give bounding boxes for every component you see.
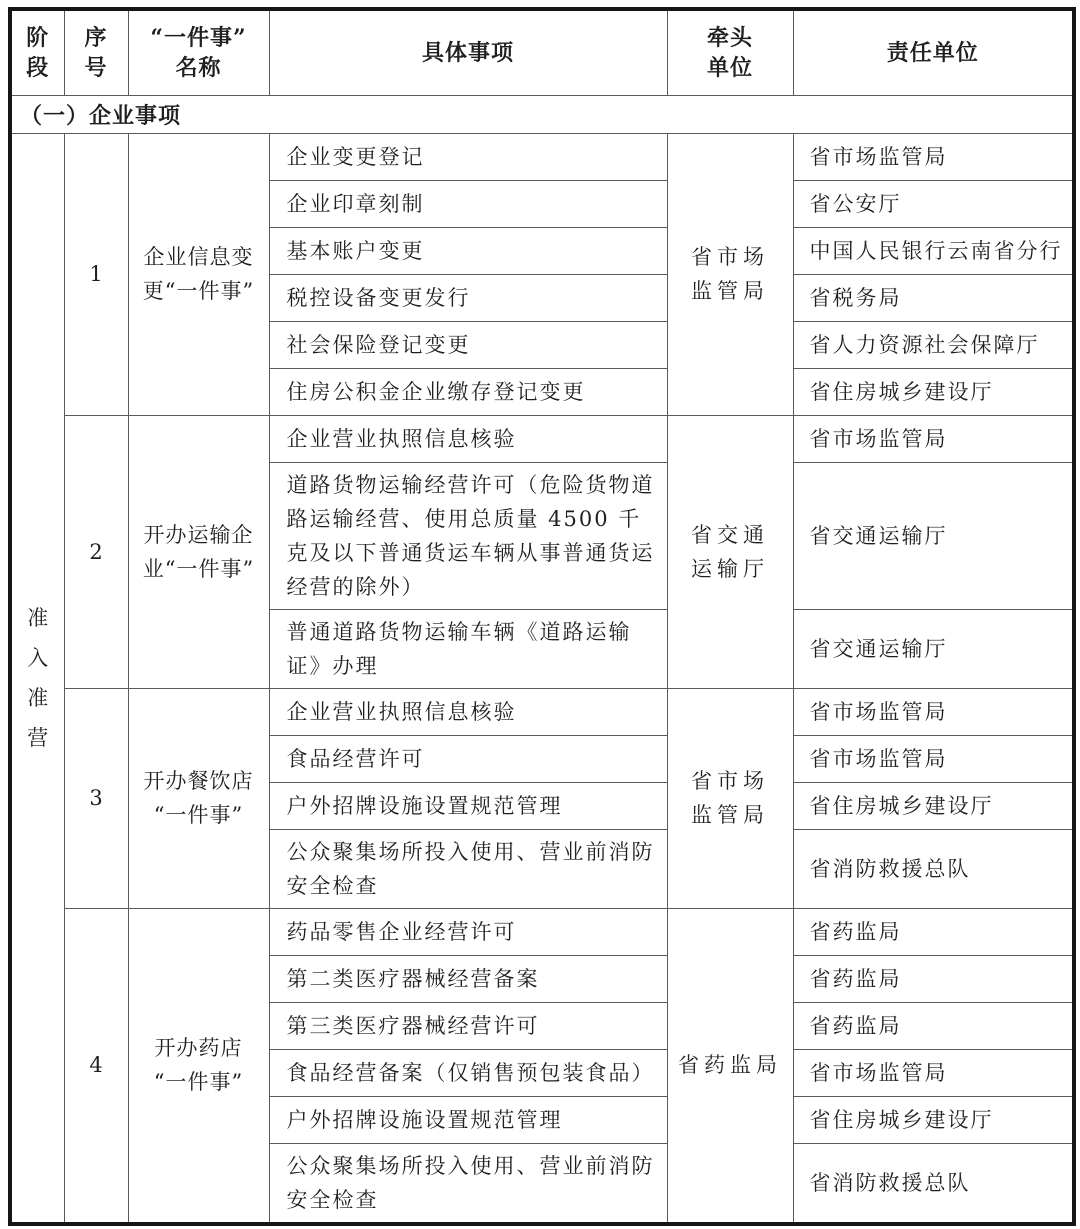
- responsible-unit-cell: 省交通运输厅: [793, 609, 1074, 688]
- responsible-unit-cell: 中国人民银行云南省分行: [793, 227, 1074, 274]
- one-thing-name-cell: 开办运输企 业“一件事”: [128, 415, 269, 688]
- document-sheet: 阶 段 序 号 “一件事” 名称 具体事项 牵头 单位 责任单位 （一）企业事项…: [0, 0, 1080, 1229]
- item-cell: 基本账户变更: [269, 227, 667, 274]
- table-row: 2开办运输企 业“一件事”企业营业执照信息核验省交通 运输厅省市场监管局: [10, 415, 1074, 462]
- responsible-unit-cell: 省市场监管局: [793, 735, 1074, 782]
- serial-cell: 1: [64, 133, 128, 415]
- item-cell: 户外招牌设施设置规范管理: [269, 1096, 667, 1143]
- responsible-unit-cell: 省市场监管局: [793, 133, 1074, 180]
- header-cell-item: 具体事项: [269, 9, 667, 95]
- lead-unit-cell: 省市场 监管局: [667, 688, 793, 908]
- responsible-unit-cell: 省市场监管局: [793, 1049, 1074, 1096]
- item-cell: 公众聚集场所投入使用、营业前消防安全检查: [269, 829, 667, 908]
- item-cell: 普通道路货物运输车辆《道路运输证》办理: [269, 609, 667, 688]
- item-cell: 企业营业执照信息核验: [269, 688, 667, 735]
- serial-cell: 3: [64, 688, 128, 908]
- table-row: 3开办餐饮店 “一件事”企业营业执照信息核验省市场 监管局省市场监管局: [10, 688, 1074, 735]
- responsible-unit-cell: 省公安厅: [793, 180, 1074, 227]
- responsible-unit-cell: 省市场监管局: [793, 415, 1074, 462]
- item-cell: 食品经营备案（仅销售预包装食品）: [269, 1049, 667, 1096]
- header-cell-serial: 序 号: [64, 9, 128, 95]
- responsible-unit-cell: 省药监局: [793, 908, 1074, 955]
- serial-cell: 4: [64, 908, 128, 1224]
- item-cell: 公众聚集场所投入使用、营业前消防安全检查: [269, 1143, 667, 1224]
- responsible-unit-cell: 省药监局: [793, 1002, 1074, 1049]
- serial-cell: 2: [64, 415, 128, 688]
- responsible-unit-cell: 省住房城乡建设厅: [793, 368, 1074, 415]
- section-label: （一）企业事项: [10, 95, 1074, 133]
- responsible-unit-cell: 省市场监管局: [793, 688, 1074, 735]
- item-cell: 第三类医疗器械经营许可: [269, 1002, 667, 1049]
- item-cell: 户外招牌设施设置规范管理: [269, 782, 667, 829]
- one-thing-matters-table: 阶 段 序 号 “一件事” 名称 具体事项 牵头 单位 责任单位 （一）企业事项…: [8, 7, 1076, 1226]
- header-row: 阶 段 序 号 “一件事” 名称 具体事项 牵头 单位 责任单位: [10, 9, 1074, 95]
- table-row: 准 入 准 营1企业信息变 更“一件事”企业变更登记省市场 监管局省市场监管局: [10, 133, 1074, 180]
- item-cell: 社会保险登记变更: [269, 321, 667, 368]
- item-cell: 企业营业执照信息核验: [269, 415, 667, 462]
- item-cell: 企业变更登记: [269, 133, 667, 180]
- lead-unit-cell: 省市场 监管局: [667, 133, 793, 415]
- item-cell: 税控设备变更发行: [269, 274, 667, 321]
- lead-unit-cell: 省药监局: [667, 908, 793, 1224]
- item-cell: 道路货物运输经营许可（危险货物道路运输经营、使用总质量 4500 千克及以下普通…: [269, 462, 667, 609]
- header-cell-responsible-unit: 责任单位: [793, 9, 1074, 95]
- item-cell: 住房公积金企业缴存登记变更: [269, 368, 667, 415]
- header-cell-name: “一件事” 名称: [128, 9, 269, 95]
- table-row: 4开办药店 “一件事”药品零售企业经营许可省药监局省药监局: [10, 908, 1074, 955]
- responsible-unit-cell: 省人力资源社会保障厅: [793, 321, 1074, 368]
- responsible-unit-cell: 省消防救援总队: [793, 1143, 1074, 1224]
- one-thing-name-cell: 开办餐饮店 “一件事”: [128, 688, 269, 908]
- item-cell: 食品经营许可: [269, 735, 667, 782]
- lead-unit-cell: 省交通 运输厅: [667, 415, 793, 688]
- responsible-unit-cell: 省住房城乡建设厅: [793, 1096, 1074, 1143]
- item-cell: 企业印章刻制: [269, 180, 667, 227]
- responsible-unit-cell: 省税务局: [793, 274, 1074, 321]
- responsible-unit-cell: 省药监局: [793, 955, 1074, 1002]
- responsible-unit-cell: 省交通运输厅: [793, 462, 1074, 609]
- section-row: （一）企业事项: [10, 95, 1074, 133]
- one-thing-name-cell: 开办药店 “一件事”: [128, 908, 269, 1224]
- table-body: （一）企业事项 准 入 准 营1企业信息变 更“一件事”企业变更登记省市场 监管…: [10, 95, 1074, 1224]
- header-cell-stage: 阶 段: [10, 9, 64, 95]
- item-cell: 药品零售企业经营许可: [269, 908, 667, 955]
- stage-cell: 准 入 准 营: [10, 133, 64, 1224]
- header-cell-lead-unit: 牵头 单位: [667, 9, 793, 95]
- one-thing-name-cell: 企业信息变 更“一件事”: [128, 133, 269, 415]
- item-cell: 第二类医疗器械经营备案: [269, 955, 667, 1002]
- responsible-unit-cell: 省消防救援总队: [793, 829, 1074, 908]
- responsible-unit-cell: 省住房城乡建设厅: [793, 782, 1074, 829]
